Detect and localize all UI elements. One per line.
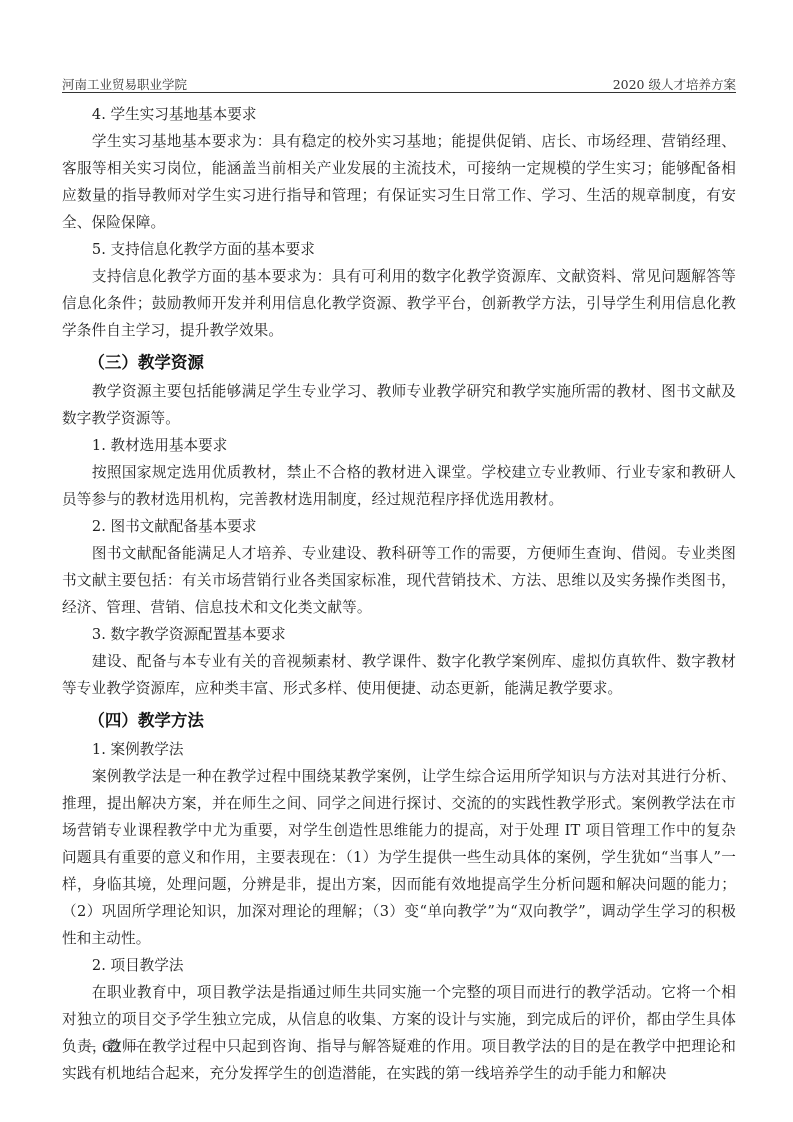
paragraph-case-method: 案例教学法是一种在教学过程中围绕某教学案例，让学生综合运用所学知识与方法对其进行… — [62, 763, 736, 952]
subheading-case-method: 1. 案例教学法 — [62, 736, 736, 763]
subheading-textbook-selection: 1. 教材选用基本要求 — [62, 432, 736, 459]
header-institution: 河南工业贸易职业学院 — [62, 75, 187, 93]
paragraph-informatization: 支持信息化教学方面的基本要求为：具有可利用的数字化教学资源库、文献资料、常见问题… — [62, 263, 736, 344]
paragraph-digital-resources: 建设、配备与本专业有关的音视频素材、教学课件、数字化教学案例库、虚拟仿真软件、数… — [62, 648, 736, 702]
subheading-project-method: 2. 项目教学法 — [62, 952, 736, 979]
subheading-library-resources: 2. 图书文献配备基本要求 — [62, 513, 736, 540]
header-document-title: 2020 级人才培养方案 — [613, 75, 736, 93]
running-header: 河南工业贸易职业学院 2020 级人才培养方案 — [62, 74, 736, 93]
subheading-internship-base: 4. 学生实习基地基本要求 — [62, 101, 736, 128]
section-heading-teaching-methods: （四）教学方法 — [62, 706, 736, 736]
page-body: 4. 学生实习基地基本要求 学生实习基地基本要求为：具有稳定的校外实习基地；能提… — [62, 101, 736, 1087]
paragraph-library-resources: 图书文献配备能满足人才培养、专业建设、教科研等工作的需要，方便师生查询、借阅。专… — [62, 540, 736, 621]
paragraph-teaching-resources-intro: 教学资源主要包括能够满足学生专业学习、教师专业教学研究和教学实施所需的教材、图书… — [62, 378, 736, 432]
section-heading-teaching-resources: （三）教学资源 — [62, 348, 736, 378]
paragraph-internship-base: 学生实习基地基本要求为：具有稳定的校外实习基地；能提供促销、店长、市场经理、营销… — [62, 128, 736, 236]
subheading-digital-resources: 3. 数字教学资源配置基本要求 — [62, 621, 736, 648]
subheading-informatization: 5. 支持信息化教学方面的基本要求 — [62, 236, 736, 263]
paragraph-textbook-selection: 按照国家规定选用优质教材，禁止不合格的教材进入课堂。学校建立专业教师、行业专家和… — [62, 459, 736, 513]
page-number: － 62 － — [82, 1036, 141, 1057]
paragraph-project-method: 在职业教育中，项目教学法是指通过师生共同实施一个完整的项目而进行的教学活动。它将… — [62, 979, 736, 1087]
